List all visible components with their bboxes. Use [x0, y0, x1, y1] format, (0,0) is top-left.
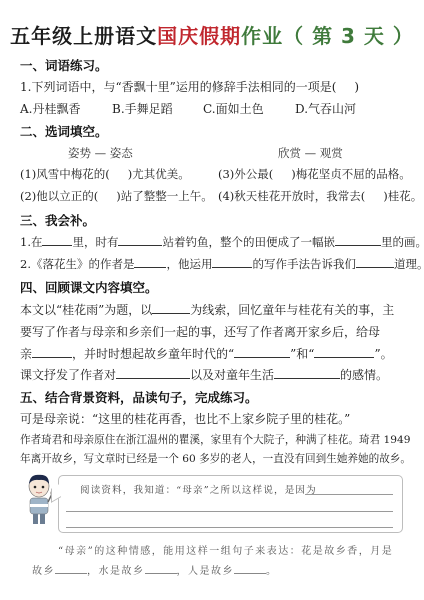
fill-item-2: (2)他以立正的()站了整整一上午。 — [20, 188, 213, 204]
item-text: (4)秋天桂花开放时，我常去( — [218, 189, 365, 203]
q-text: 的写作手法告诉我们 — [252, 257, 356, 271]
section-3-heading: 三、我会补。 — [20, 211, 95, 229]
section-4-line-4: 课文抒发了作者对以及对童年生活的感情。 — [20, 366, 388, 383]
answer-blank[interactable] — [55, 564, 87, 574]
p-text: 课文抒发了作者对 — [20, 368, 116, 382]
p-text: ，并时时想起故乡童年时代的“ — [72, 347, 234, 361]
section-4-line-1: 本文以“桂花雨”为题，以为线索，回忆童年与桂花有关的事，主 — [20, 301, 394, 318]
option-d: D.气吞山河 — [295, 100, 356, 117]
p-text: 亲 — [20, 347, 32, 361]
option-b: B.手舞足蹈 — [112, 100, 173, 117]
p-text: 。 — [266, 566, 278, 577]
answer-blank[interactable] — [118, 234, 162, 246]
answer-line-3[interactable] — [66, 527, 393, 528]
q-text: 站着钓鱼，整个的田便成了一幅嵌 — [162, 235, 335, 249]
fill-item-4: (4)秋天桂花开放时，我常去()桂花。 — [218, 188, 422, 204]
section-5-heading: 五、结合背景资料，品读句子，完成练习。 — [20, 388, 258, 406]
answer-line-2[interactable] — [66, 511, 393, 512]
p-text: 的感情。 — [340, 368, 388, 382]
title-grade: 五年级上册语文 — [10, 24, 157, 48]
worksheet-page: 五年级上册语文国庆假期作业（ 第 3 天 ） 一、词语练习。 1.下列词语中，与… — [0, 0, 424, 600]
question-end: ) — [354, 80, 359, 94]
fill-item-1: (1)风雪中梅花的()尤其优美。 — [20, 166, 190, 182]
p-text: 故乡 — [32, 566, 55, 577]
title-holiday: 国庆假期 — [157, 24, 241, 48]
item-text: )桂花。 — [383, 189, 422, 203]
item-text: (1)风雪中梅花的( — [20, 167, 110, 181]
item-text: (3)外公最( — [218, 167, 273, 181]
bubble-prompt: 阅读资料，我知道：“母亲”之所以这样说，是因为 — [80, 482, 317, 496]
answer-blank[interactable] — [32, 346, 72, 358]
answer-blank[interactable] — [42, 234, 72, 246]
answer-blank[interactable] — [234, 564, 266, 574]
q-text: 里，时有 — [72, 235, 118, 249]
answer-blank[interactable] — [145, 564, 177, 574]
p-text: 本文以“桂花雨”为题，以 — [20, 303, 152, 317]
fill-item-3: (3)外公最()梅花坚贞不屈的品格。 — [218, 166, 411, 182]
answer-blank[interactable] — [212, 256, 252, 268]
p-text: 为线索，回忆童年与桂花有关的事，主 — [190, 303, 394, 317]
item-text: (2)他以立正的( — [20, 189, 98, 203]
word-pair-right: 欣赏 — 观赏 — [278, 145, 343, 161]
p-text: ”。 — [374, 347, 392, 361]
answer-blank[interactable] — [116, 367, 190, 379]
section-4-heading: 四、回顾课文内容填空。 — [20, 278, 158, 296]
q-text: 1.在 — [20, 235, 42, 249]
section-4-line-3: 亲，并时时想起故乡童年时代的“”和“”。 — [20, 345, 393, 362]
answer-blank[interactable] — [234, 346, 290, 358]
page-title: 五年级上册语文国庆假期作业（ 第 3 天 ） — [0, 20, 424, 49]
answer-blank[interactable] — [314, 346, 374, 358]
answer-blank[interactable] — [152, 302, 190, 314]
answer-line-1[interactable] — [305, 494, 393, 495]
section-4-line-2: 要写了作者与母亲和乡亲们一起的事，还写了作者离开家乡后，给母 — [20, 323, 380, 340]
word-pair-left: 姿势 — 姿态 — [68, 145, 133, 161]
answer-blank[interactable] — [274, 367, 340, 379]
section-3-q1: 1.在里，时有站着钓鱼，整个的田便成了一幅嵌里的画。 — [20, 234, 424, 250]
final-question-line-2: 故乡，水是故乡，人是故乡。 — [32, 562, 278, 577]
item-text: )尤其优美。 — [128, 167, 190, 181]
section-1-question: 1.下列词语中，与“香飘十里”运用的修辞手法相同的一项是() — [20, 78, 359, 95]
question-text: 1.下列词语中，与“香飘十里”运用的修辞手法相同的一项是( — [20, 80, 336, 94]
section-2-heading: 二、选词填空。 — [20, 122, 108, 140]
option-c: C.面如土色 — [203, 100, 264, 117]
section-1-heading: 一、词语练习。 — [20, 56, 108, 74]
p-text: ，人是故乡 — [177, 566, 235, 577]
section-3-q2: 2.《落花生》的作者是，他运用的写作手法告诉我们道理。 — [20, 256, 424, 272]
quote-sentence: 可是母亲说：“这里的桂花再香，也比不上家乡院子里的桂花。” — [20, 410, 350, 427]
q-text: ，他运用 — [166, 257, 212, 271]
answer-blank[interactable] — [356, 256, 394, 268]
q-text: 2.《落花生》的作者是 — [20, 257, 134, 271]
answer-blank[interactable] — [335, 234, 381, 246]
answer-blank[interactable] — [134, 256, 166, 268]
q-text: 道理。 — [394, 257, 424, 271]
item-text: )梅花坚贞不屈的品格。 — [291, 167, 411, 181]
final-question-line-1: “母亲”的这种情感，能用这样一组句子来表达：花是故乡香，月是 — [58, 542, 393, 557]
title-day: 作业（ 第 3 天 ） — [241, 24, 414, 48]
q-text: 里的画。 — [381, 235, 424, 249]
p-text: ”和“ — [290, 347, 314, 361]
background-info-line-2: 年离开故乡，写文章时已经是一个 60 多岁的老人，一直没有回到生她养她的故乡。 — [20, 451, 411, 466]
option-a: A.丹桂飘香 — [20, 100, 80, 117]
item-text: )站了整整一上午。 — [116, 189, 213, 203]
p-text: 以及对童年生活 — [190, 368, 274, 382]
background-info-line-1: 作者琦君和母亲原住在浙江温州的瞿溪，家里有个大院子，种满了桂花。琦君 1949 — [20, 432, 411, 447]
boy-illustration-icon — [24, 472, 54, 528]
p-text: ，水是故乡 — [87, 566, 145, 577]
